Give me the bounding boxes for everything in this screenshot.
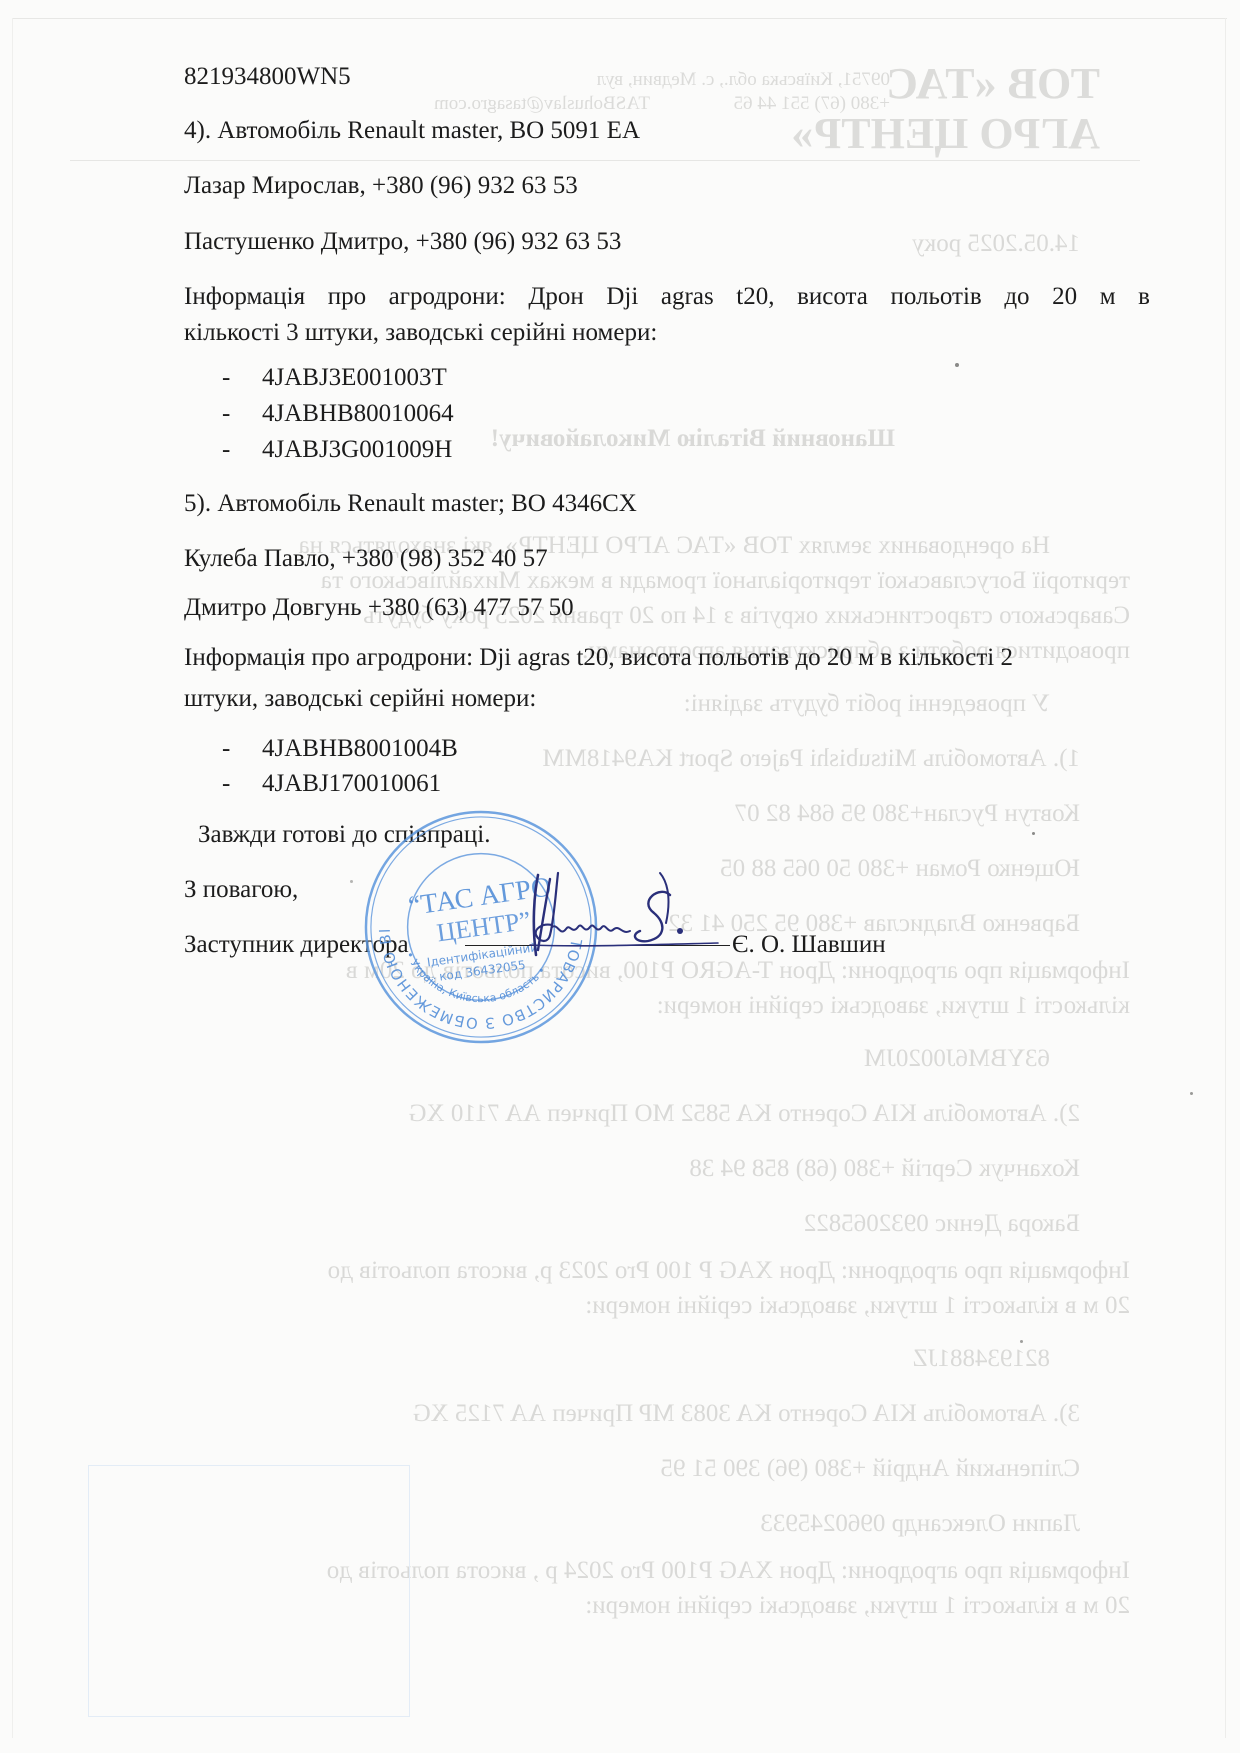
serial-list-item: -4JABHB80010064 [222, 399, 454, 429]
ghost-item-line: 63YBM6J0020JM [864, 1045, 1050, 1073]
signer-name: Є. О. Шавшин [732, 930, 886, 960]
ghost-item-line: Ковтун Руслан+380 95 684 82 07 [735, 800, 1080, 828]
vehicle-5-drones-info-line2: штуки, заводські серійні номери: [184, 684, 536, 714]
serial-list-item: -4JABJ3E001003T [222, 363, 447, 393]
scan-speck [1190, 1092, 1193, 1095]
ghost-stamp-box [88, 1465, 410, 1717]
page-edge-right [1225, 18, 1226, 1738]
serial-number: 4JABHB80010064 [262, 400, 454, 427]
vehicle-5-title: 5). Автомобіль Renault master; BO 4346CX [184, 489, 637, 519]
ghost-phone: +380 (67) 551 44 65 [734, 92, 890, 115]
ghost-company-line1: ТОВ «ТАС [886, 58, 1100, 110]
ghost-item-line: кількості 1 штуки, заводські серійні ном… [657, 992, 1130, 1020]
vehicle-5-contact-1: Кулеба Павло, +380 (98) 352 40 57 [184, 544, 548, 574]
ghost-item-line: Лапин Олександр 0960245933 [760, 1510, 1080, 1538]
scan-speck [1020, 1340, 1023, 1343]
ghost-company-line2: АГРО ЦЕНТР» [791, 108, 1100, 160]
vehicle-4-drones-info-line2: кількості 3 штуки, заводські серійні ном… [184, 315, 1150, 351]
bullet-dash: - [222, 363, 262, 393]
ghost-item-line: 3). Автомобіль KIA Соренто KA 3083 MP Пр… [413, 1400, 1080, 1428]
ghost-email: TASBohuslav@tasagro.com [434, 92, 650, 115]
previous-serial-number: 821934800WN5 [184, 62, 351, 92]
scan-speck [955, 363, 959, 367]
vehicle-5-contact-2: Дмитро Довгунь +380 (63) 477 57 50 [184, 593, 574, 623]
ghost-item-line: Сліпенький Андрій +380 (96) 390 51 95 [661, 1455, 1080, 1483]
serial-number: 4JABJ3G001009H [262, 436, 452, 463]
bullet-dash: - [222, 399, 262, 429]
bullet-dash: - [222, 734, 262, 764]
ghost-item-line: Інформація про агродрони: Дрон ХАG P 100… [328, 1257, 1130, 1285]
scan-speck [350, 880, 353, 883]
bullet-dash: - [222, 435, 262, 465]
ghost-greeting: Шановний Віталію Миколайовичу! [491, 425, 895, 453]
serial-list-item: -4JABJ170010061 [222, 769, 441, 799]
serial-list-item: -4JABHB8001004B [222, 734, 458, 764]
ghost-item-line: 20 м в кількості 1 штуки, заводські сері… [585, 1292, 1130, 1320]
vehicle-4-contact-2: Пастушенко Дмитро, +380 (96) 932 63 53 [184, 227, 621, 257]
ghost-item-line: Інформація про агродрони: Дрон ХАG P100 … [327, 1557, 1130, 1585]
ghost-header-rule [70, 160, 1140, 161]
ghost-item-line: Ющенко Роман +380 50 065 88 05 [720, 855, 1080, 883]
scan-speck [1032, 832, 1035, 835]
bullet-dash: - [222, 769, 262, 799]
vehicle-5-drones-info-line1: Інформація про агродрони: Dji agras t20,… [184, 643, 1013, 673]
vehicle-4-drones-info: Інформація про агродрони: Дрон Dji agras… [184, 279, 1150, 351]
vehicle-4-drones-info-line1: Інформація про агродрони: Дрон Dji agras… [184, 279, 1150, 315]
serial-list-item: -4JABJ3G001009H [222, 435, 452, 465]
serial-number: 4JABJ170010061 [262, 770, 441, 797]
ghost-item-line: Бакора Денис 0932065822 [804, 1210, 1080, 1238]
serial-number: 4JABJ3E001003T [262, 364, 447, 391]
serial-number: 4JABHB8001004B [262, 735, 458, 762]
page-edge-left [12, 18, 13, 1738]
vehicle-4-title: 4). Автомобіль Renault master, BO 5091 E… [184, 116, 640, 146]
ghost-item-line: 2). Автомобіль KIA Соренто KA 5852 MO Пр… [409, 1100, 1081, 1128]
ghost-item-line: Коханчук Сергій +380 (68) 858 94 38 [689, 1155, 1080, 1183]
ghost-date: 14.05.2025 року [912, 230, 1080, 258]
page-edge-top [12, 18, 1227, 19]
ghost-item-line: 1). Автомобіль Mitsubishi Pajero Sport K… [542, 745, 1080, 773]
vehicle-4-contact-1: Лазар Мирослав, +380 (96) 932 63 53 [184, 171, 578, 201]
regards: З повагою, [184, 875, 298, 905]
ghost-item-line: 821934881JZ [913, 1345, 1051, 1373]
handwritten-signature [520, 865, 720, 960]
ghost-item-line: 20 м в кількості 1 штуки, заводські сері… [585, 1592, 1130, 1620]
ghost-item-line: У проведенні робіт будуть задіяні: [684, 690, 1050, 718]
ghost-address: 09751, Київська обл., с. Медвин, вул [597, 68, 890, 91]
